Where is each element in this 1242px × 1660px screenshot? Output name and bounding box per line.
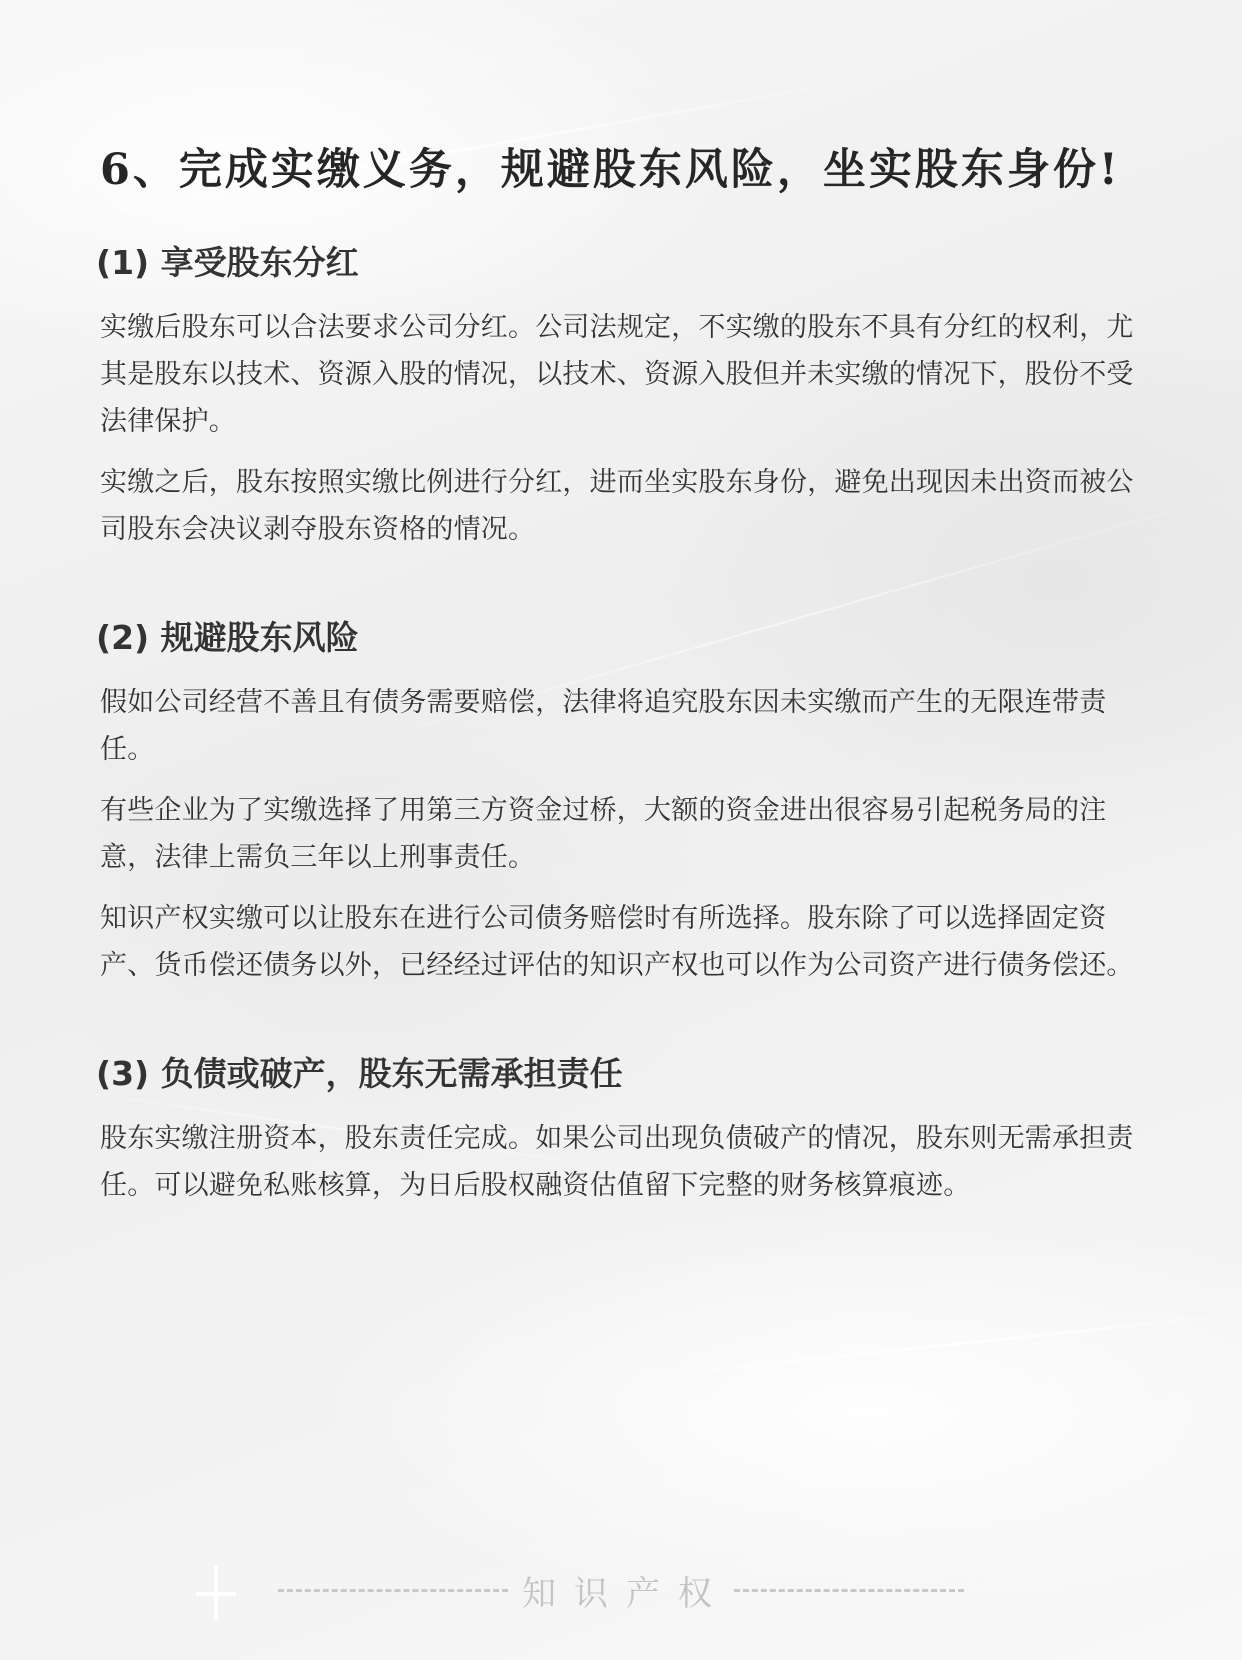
paper-crease bbox=[600, 1307, 1242, 1383]
page-title: 6、完成实缴义务，规避股东风险，坐实股东身份! bbox=[100, 140, 1160, 200]
paragraph: 有些企业为了实缴选择了用第三方资金过桥，大额的资金进出很容易引起税务局的注意，法… bbox=[100, 787, 1160, 881]
paragraph: 知识产权实缴可以让股东在进行公司债务赔偿时有所选择。股东除了可以选择固定资产、货… bbox=[100, 895, 1160, 989]
paragraph: 假如公司经营不善且有债务需要赔偿，法律将追究股东因未实缴而产生的无限连带责任。 bbox=[100, 679, 1160, 773]
section-heading: (1) 享受股东分红 bbox=[96, 240, 1160, 286]
section-heading: (2) 规避股东风险 bbox=[96, 615, 1160, 661]
footer-label: 知识产权 bbox=[522, 1566, 730, 1615]
section-dividends: (1) 享受股东分红 实缴后股东可以合法要求公司分红。公司法规定，不实缴的股东不… bbox=[100, 240, 1160, 553]
dashed-divider-left bbox=[278, 1589, 508, 1592]
cross-decoration-icon bbox=[196, 1560, 236, 1620]
dashed-divider-right bbox=[734, 1589, 964, 1592]
paragraph: 实缴之后，股东按照实缴比例进行分红，进而坐实股东身份，避免出现因未出资而被公司股… bbox=[100, 459, 1160, 553]
paragraph: 股东实缴注册资本，股东责任完成。如果公司出现负债破产的情况，股东则无需承担责任。… bbox=[100, 1115, 1160, 1209]
paragraph: 实缴后股东可以合法要求公司分红。公司法规定，不实缴的股东不具有分红的权利，尤其是… bbox=[100, 304, 1160, 445]
section-heading: (3) 负债或破产，股东无需承担责任 bbox=[96, 1051, 1160, 1097]
section-risk-avoidance: (2) 规避股东风险 假如公司经营不善且有债务需要赔偿，法律将追究股东因未实缴而… bbox=[100, 615, 1160, 989]
footer: 知识产权 bbox=[0, 1560, 1242, 1620]
section-bankruptcy: (3) 负债或破产，股东无需承担责任 股东实缴注册资本，股东责任完成。如果公司出… bbox=[100, 1051, 1160, 1209]
article-content: 6、完成实缴义务，规避股东风险，坐实股东身份! (1) 享受股东分红 实缴后股东… bbox=[100, 140, 1160, 1223]
